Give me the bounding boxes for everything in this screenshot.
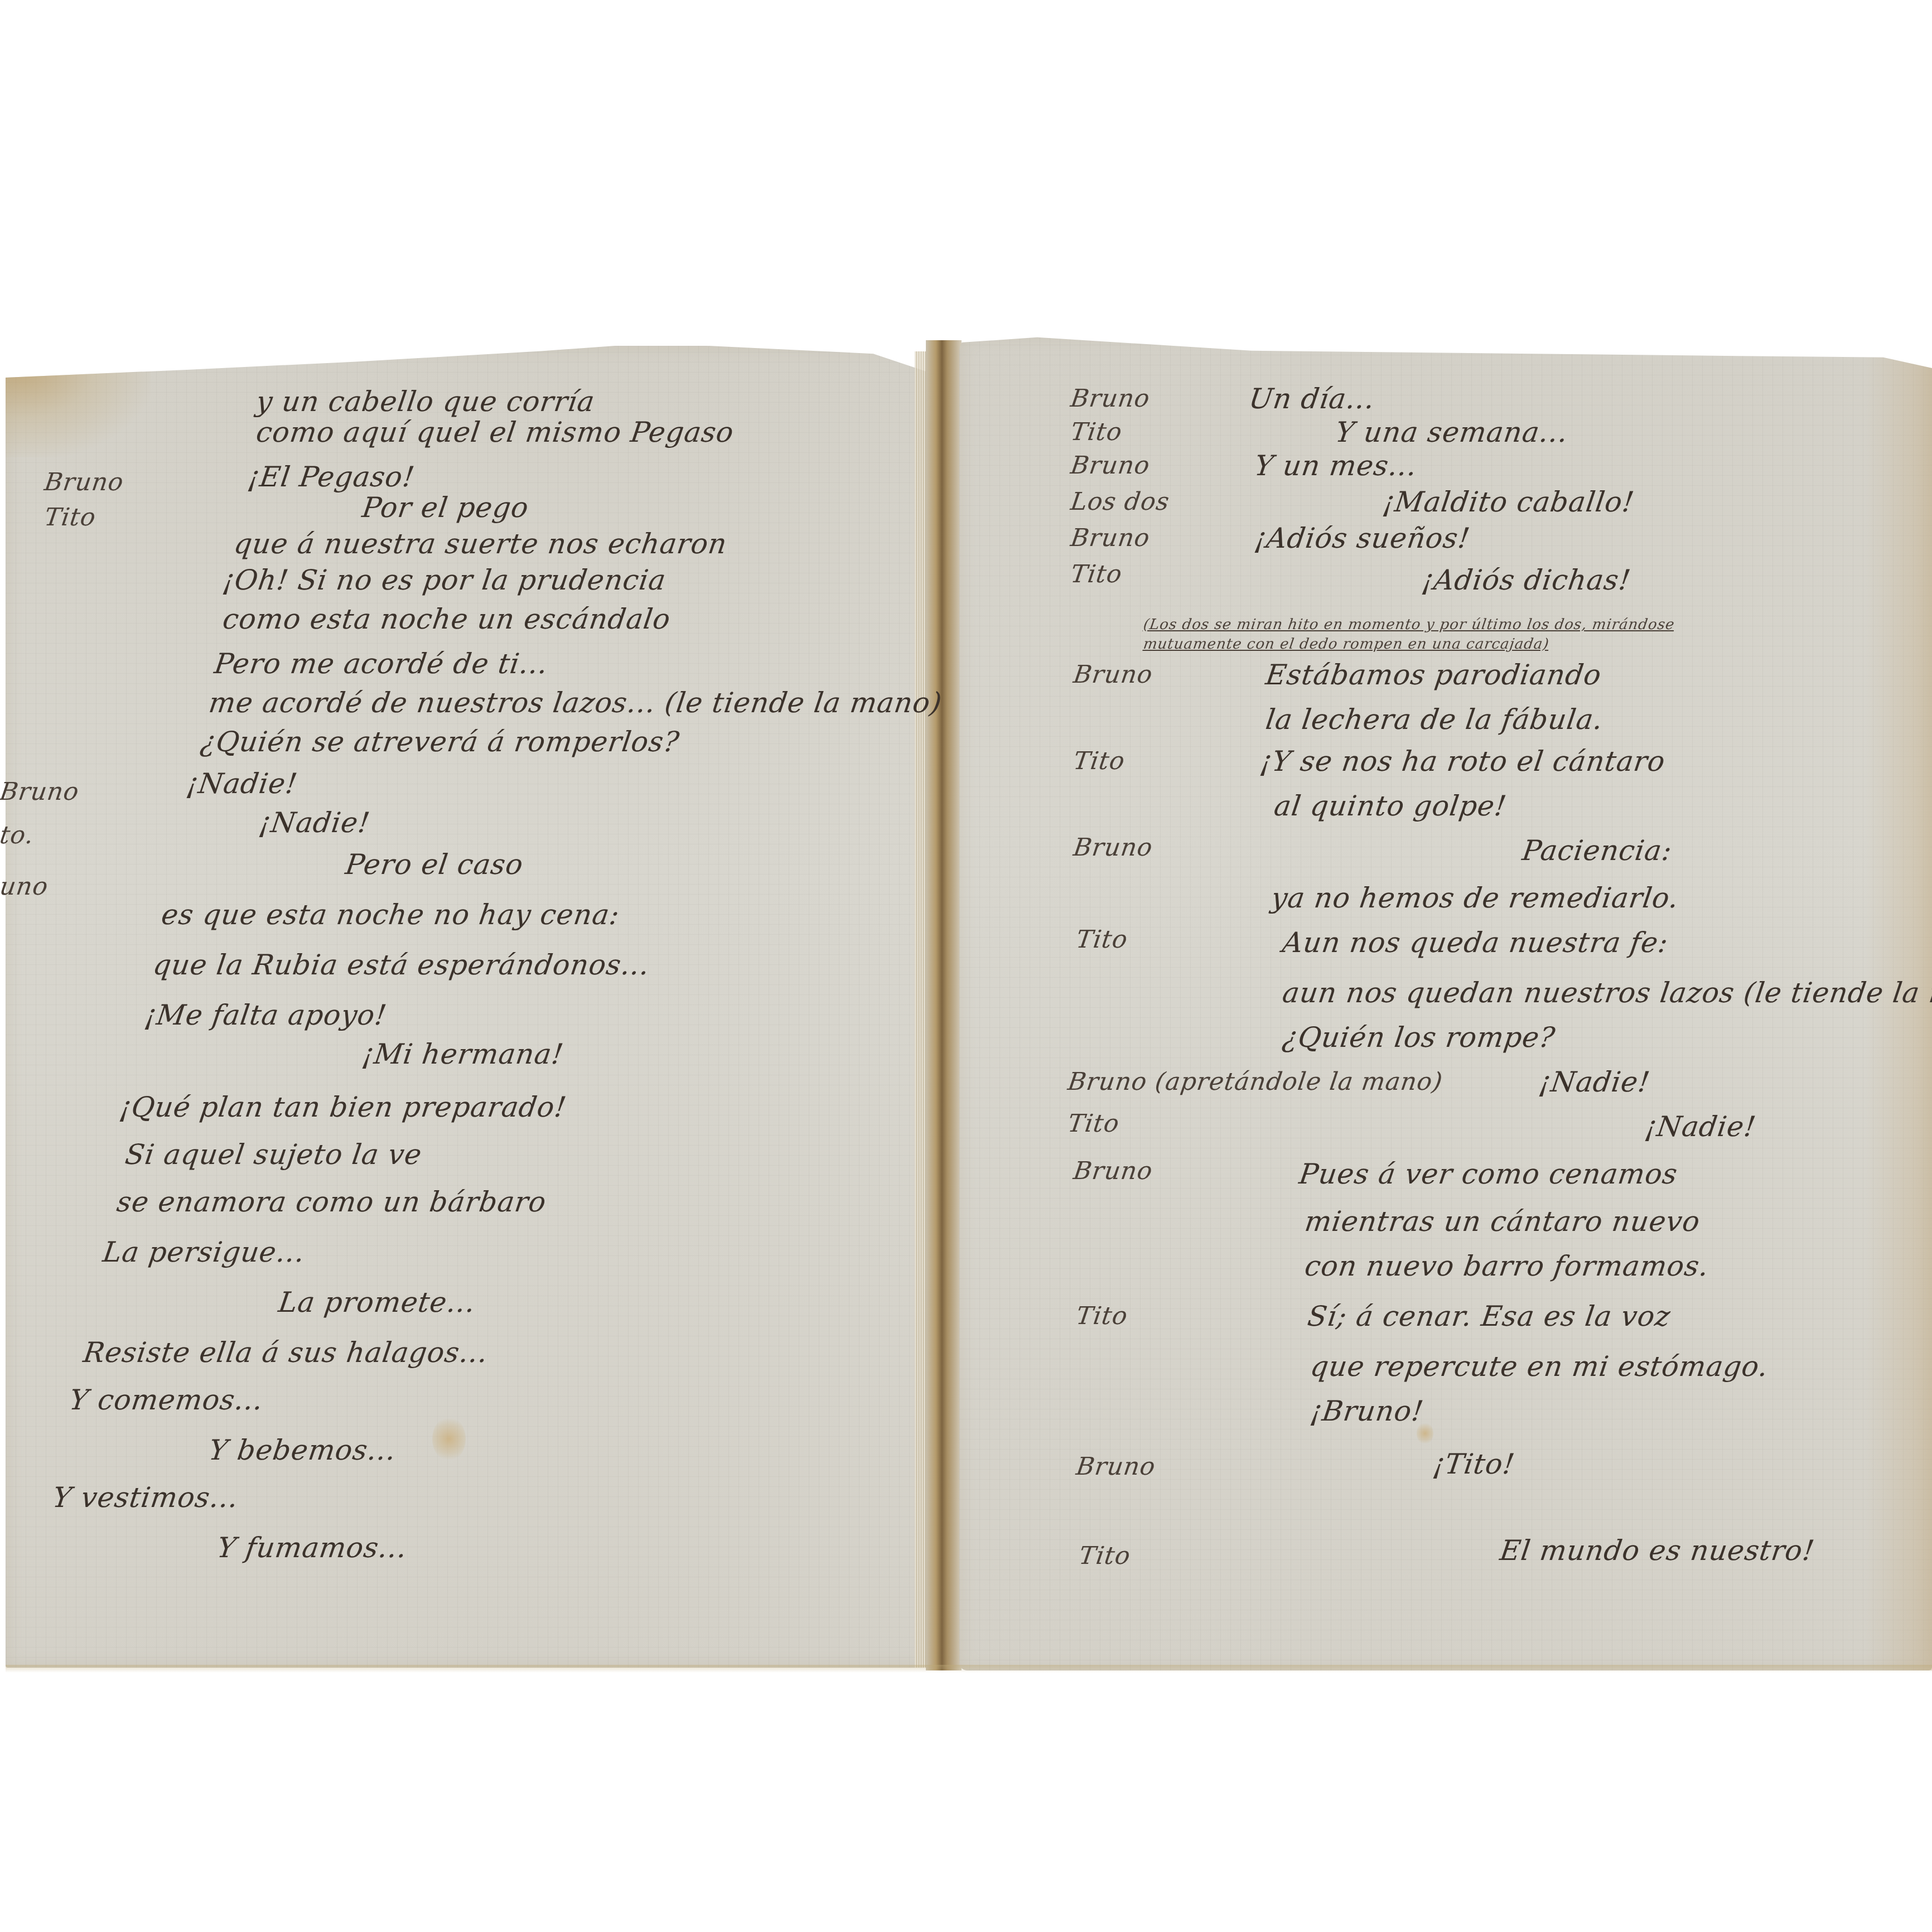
script-line: ¡El Pegaso! — [246, 460, 417, 494]
speaker-label: Tito — [1071, 745, 1127, 778]
speaker-label: Bruno — [1071, 1155, 1155, 1188]
script-line: ¡Y se nos ha roto el cántaro — [1258, 745, 1668, 778]
script-line: ¡Maldito caballo! — [1381, 485, 1636, 519]
script-line: La promete... — [277, 1286, 478, 1319]
speaker-label: Bruno — [1069, 449, 1152, 482]
script-line: que la Rubia está esperándonos... — [151, 948, 652, 982]
speaker-label: Bruno — [1069, 382, 1152, 416]
script-line: que á nuestra suerte nos echaron — [232, 527, 730, 561]
speaker-label: Bruno (apretándole la mano) — [1066, 1065, 1445, 1099]
script-line: Sí; á cenar. Esa es la voz — [1306, 1300, 1673, 1333]
speaker-label: Los dos — [1069, 485, 1172, 519]
script-line: El mundo es nuestro! — [1498, 1534, 1817, 1567]
speaker-label: Bruno — [1071, 831, 1155, 864]
script-line: Resiste ella á sus halagos... — [81, 1336, 490, 1369]
speaker-label: Tito — [1074, 923, 1130, 957]
script-line: Estábamos parodiando — [1264, 658, 1603, 692]
script-line: y un cabello que corría — [254, 385, 597, 418]
script-line: ¿Quién se atreverá á romperlos? — [199, 725, 682, 759]
script-line: ¡Adiós dichas! — [1420, 563, 1633, 597]
script-line: es que esta noche no hay cena: — [160, 898, 622, 931]
speaker-label: Bruno — [1069, 521, 1152, 555]
script-line: aun nos quedan nuestros lazos (le tiende… — [1281, 976, 1932, 1010]
script-line: Y un mes... — [1253, 449, 1419, 482]
page-edges — [915, 351, 927, 1668]
script-line: ¡Nadie! — [257, 806, 373, 839]
speaker-label: Tito — [1074, 1300, 1130, 1333]
script-line: Pero me acordé de ti... — [212, 647, 550, 680]
script-line: Un día... — [1247, 382, 1377, 416]
script-line: como aquí quel el mismo Pegaso — [254, 416, 736, 449]
speaker-label: Bruno — [1074, 1450, 1158, 1484]
stage-direction: mutuamente con el dedo rompen en una car… — [1141, 627, 1552, 661]
speaker-label: Tito — [1077, 1539, 1133, 1573]
script-line: Y vestimos... — [51, 1481, 241, 1514]
script-line: mientras un cántaro nuevo — [1303, 1205, 1702, 1238]
script-line: Aun nos queda nuestra fe: — [1281, 926, 1671, 959]
script-line: ¡Nadie! — [1643, 1110, 1759, 1143]
speaker-label: Bruno — [1071, 658, 1155, 692]
book-spine — [926, 340, 962, 1670]
manuscript-spread: Bruno Tito Bruno to. uno y un cabello qu… — [0, 0, 1932, 1932]
script-line: ¡Tito! — [1431, 1447, 1517, 1481]
speaker-label: Tito — [1066, 1107, 1122, 1141]
speaker-label: Tito — [42, 501, 98, 534]
script-line: ¡Me falta apoyo! — [143, 998, 389, 1032]
speaker-label: Bruno — [0, 775, 81, 809]
script-line: la lechera de la fábula. — [1264, 703, 1606, 736]
script-line: se enamora como un bárbaro — [115, 1185, 549, 1219]
script-line: Y comemos... — [67, 1383, 265, 1417]
script-line: ¿Quién los rompe? — [1281, 1021, 1558, 1054]
script-line: al quinto golpe! — [1272, 789, 1509, 823]
speaker-label: Tito — [1069, 416, 1124, 449]
speaker-label: Bruno — [42, 466, 126, 499]
script-line: Paciencia: — [1520, 834, 1674, 867]
speaker-label: Tito — [1069, 558, 1124, 591]
script-line: ¡Qué plan tan bien preparado! — [118, 1090, 569, 1124]
script-line: ¡Adiós sueños! — [1253, 521, 1472, 555]
script-line: ¡Nadie! — [1537, 1065, 1653, 1099]
script-line: que repercute en mi estómago. — [1308, 1350, 1771, 1383]
script-line: La persigue... — [101, 1235, 307, 1269]
speaker-label: to. — [0, 819, 36, 852]
script-line: ¡Mi hermana! — [360, 1037, 566, 1071]
script-line: como esta noche un escándalo — [221, 602, 673, 636]
script-line: Por el pego — [360, 491, 531, 524]
script-line: ya no hemos de remediarlo. — [1269, 881, 1681, 915]
script-line: Pues á ver como cenamos — [1297, 1157, 1680, 1191]
paper-stain — [432, 1417, 466, 1461]
script-line: ¡Nadie! — [185, 767, 300, 800]
speaker-label: uno — [0, 870, 50, 904]
script-line: con nuevo barro formamos. — [1303, 1249, 1711, 1283]
script-line: ¡Bruno! — [1308, 1394, 1426, 1428]
script-line: Y bebemos... — [207, 1433, 398, 1467]
script-line: ¡Oh! Si no es por la prudencia — [221, 563, 668, 597]
script-line: Y fumamos... — [215, 1531, 409, 1564]
script-line: Y una semana... — [1334, 416, 1571, 449]
page-bottom-edge — [6, 1665, 1932, 1673]
script-line: Si aquel sujeto la ve — [123, 1138, 424, 1171]
script-line: Pero el caso — [344, 848, 525, 881]
script-line: me acordé de nuestros lazos... (le tiend… — [207, 686, 944, 719]
